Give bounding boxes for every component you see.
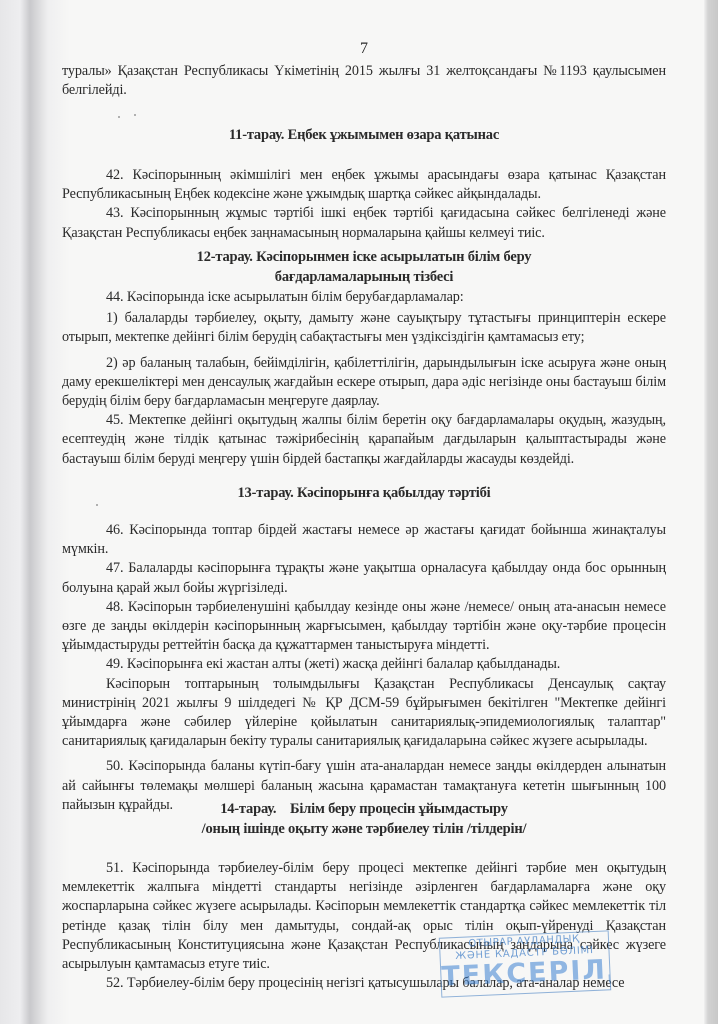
- paragraph-45: 45. Мектепке дейінгі оқытудың жалпы білі…: [62, 411, 666, 469]
- paragraph-44-item-2: 2) әр баланың талабын, бейімділігін, қаб…: [62, 354, 666, 412]
- paragraph-48: 48. Кәсіпорын тәрбиеленушіні қабылдау ке…: [62, 598, 666, 656]
- paragraph-49-continuation: Кәсіпорын топтарының толымдылығы Қазақст…: [62, 675, 666, 752]
- section-12-body: 44. Кәсіпорында іске асырылатын білім бе…: [62, 272, 666, 469]
- scan-speck: [96, 504, 98, 506]
- paragraph-43: 43. Кәсіпорынның жұмыс тәртібі ішкі еңбе…: [62, 204, 666, 242]
- intro-text: туралы» Қазақстан Республикасы Үкіметіні…: [62, 62, 666, 100]
- scan-speck: [118, 116, 120, 118]
- page-number: 7: [62, 40, 666, 58]
- section-12-heading-line-1: 12-тарау. Кәсіпорынмен іске асырылатын б…: [62, 248, 666, 268]
- section-11-heading: 11-тарау. Еңбек ұжымымен өзара қатынас: [62, 126, 666, 146]
- section-13-heading-line: 13-тарау. Кәсіпорынға қабылдау тәртібі: [62, 484, 666, 504]
- scan-right-edge: [704, 0, 718, 1024]
- section-13-body: 46. Кәсіпорында топтар бірдей жастағы не…: [62, 521, 666, 815]
- section-14-heading-line-2: /оның ішінде оқыту және тәрбиелеу тілін …: [62, 820, 666, 840]
- paragraph-42: 42. Кәсіпорынның әкімшілігі мен еңбек ұж…: [62, 166, 666, 204]
- section-13-heading: 13-тарау. Кәсіпорынға қабылдау тәртібі: [62, 484, 666, 504]
- section-14-heading-line-1: 14-тарау. Білім беру процесін ұйымдастыр…: [62, 800, 666, 820]
- paragraph-49: 49. Кәсіпорынға екі жастан алты (жеті) ж…: [62, 655, 666, 674]
- paragraph-44-item-1: 1) балаларды тәрбиелеу, оқыту, дамыту жә…: [62, 309, 666, 347]
- scan-binding-shadow: [0, 0, 70, 1024]
- paragraph-47: 47. Балаларды кәсіпорынға тұрақты және у…: [62, 559, 666, 597]
- paragraph-44: 44. Кәсіпорында іске асырылатын білім бе…: [62, 288, 666, 307]
- section-14-heading: 14-тарау. Білім беру процесін ұйымдастыр…: [62, 800, 666, 839]
- stamp-line-3: ТЕКСЕРІЛДІ: [441, 956, 610, 991]
- section-11-heading-line: 11-тарау. Еңбек ұжымымен өзара қатынас: [62, 126, 666, 146]
- scan-speck: [134, 114, 136, 116]
- intro-paragraph: туралы» Қазақстан Республикасы Үкіметіні…: [62, 62, 666, 100]
- paragraph-46: 46. Кәсіпорында топтар бірдей жастағы не…: [62, 521, 666, 559]
- section-11-body: 42. Кәсіпорынның әкімшілігі мен еңбек ұж…: [62, 166, 666, 243]
- verification-stamp: ОТЫРАР АУДАНДЫҚ ЖӘНЕ КАДАСТР БӨЛІМІ ТЕКС…: [439, 930, 611, 997]
